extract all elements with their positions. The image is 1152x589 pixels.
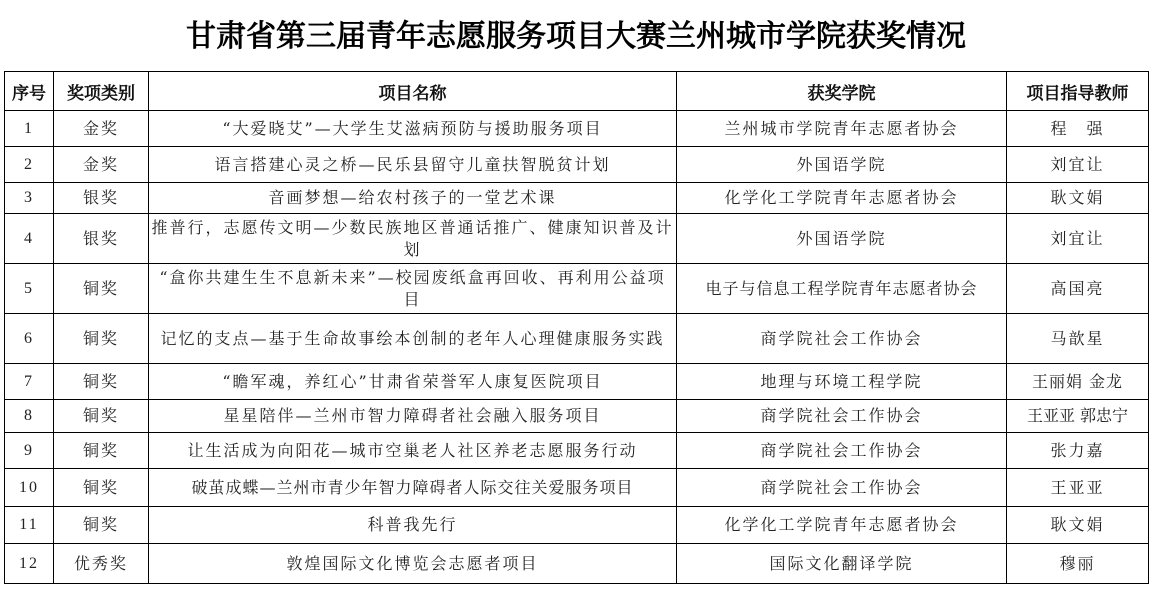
cell-teacher: 高国亮 bbox=[1007, 264, 1149, 314]
cell-serial: 12 bbox=[5, 544, 54, 584]
cell-award: 优秀奖 bbox=[54, 544, 149, 584]
cell-college: 地理与环境工程学院 bbox=[677, 364, 1007, 400]
cell-teacher: 耿文娟 bbox=[1007, 507, 1149, 544]
cell-award: 银奖 bbox=[54, 214, 149, 264]
cell-project: “大爱晓艾”—大学生艾滋病预防与援助服务项目 bbox=[149, 111, 677, 147]
cell-project: 科普我先行 bbox=[149, 507, 677, 544]
cell-teacher: 耿文娟 bbox=[1007, 183, 1149, 214]
cell-award: 铜奖 bbox=[54, 364, 149, 400]
cell-award: 金奖 bbox=[54, 111, 149, 147]
cell-project: 推普行，志愿传文明—少数民族地区普通话推广、健康知识普及计划 bbox=[149, 214, 677, 264]
cell-serial: 7 bbox=[5, 364, 54, 400]
table-row: 12 优秀奖 敦煌国际文化博览会志愿者项目 国际文化翻译学院 穆丽 bbox=[5, 544, 1149, 584]
table-row: 10 铜奖 破茧成蝶—兰州市青少年智力障碍者人际交往关爱服务项目 商学院社会工作… bbox=[5, 469, 1149, 507]
cell-award: 铜奖 bbox=[54, 433, 149, 469]
cell-teacher: 王亚亚 郭忠宁 bbox=[1007, 400, 1149, 433]
header-advisor: 项目指导教师 bbox=[1007, 72, 1149, 111]
cell-college: 商学院社会工作协会 bbox=[677, 400, 1007, 433]
cell-serial: 4 bbox=[5, 214, 54, 264]
cell-college: 商学院社会工作协会 bbox=[677, 433, 1007, 469]
cell-serial: 10 bbox=[5, 469, 54, 507]
page-title: 甘肃省第三届青年志愿服务项目大赛兰州城市学院获奖情况 bbox=[0, 14, 1152, 60]
cell-award: 铜奖 bbox=[54, 314, 149, 364]
cell-serial: 5 bbox=[5, 264, 54, 314]
cell-project: “瞻军魂，养红心”甘肃省荣誉军人康复医院项目 bbox=[149, 364, 677, 400]
cell-teacher: 刘宜让 bbox=[1007, 147, 1149, 183]
header-serial: 序号 bbox=[5, 72, 54, 111]
cell-award: 银奖 bbox=[54, 183, 149, 214]
cell-award: 铜奖 bbox=[54, 400, 149, 433]
cell-teacher: 张力嘉 bbox=[1007, 433, 1149, 469]
cell-project: 破茧成蝶—兰州市青少年智力障碍者人际交往关爱服务项目 bbox=[149, 469, 677, 507]
header-college: 获奖学院 bbox=[677, 72, 1007, 111]
cell-project: 敦煌国际文化博览会志愿者项目 bbox=[149, 544, 677, 584]
cell-teacher: 刘宜让 bbox=[1007, 214, 1149, 264]
header-award-category: 奖项类别 bbox=[54, 72, 149, 111]
cell-teacher: 马歆星 bbox=[1007, 314, 1149, 364]
cell-award: 金奖 bbox=[54, 147, 149, 183]
cell-college: 兰州城市学院青年志愿者协会 bbox=[677, 111, 1007, 147]
cell-project: 音画梦想—给农村孩子的一堂艺术课 bbox=[149, 183, 677, 214]
cell-serial: 1 bbox=[5, 111, 54, 147]
cell-serial: 6 bbox=[5, 314, 54, 364]
table-row: 8 铜奖 星星陪伴—兰州市智力障碍者社会融入服务项目 商学院社会工作协会 王亚亚… bbox=[5, 400, 1149, 433]
table-row: 3 银奖 音画梦想—给农村孩子的一堂艺术课 化学化工学院青年志愿者协会 耿文娟 bbox=[5, 183, 1149, 214]
cell-college: 外国语学院 bbox=[677, 214, 1007, 264]
cell-teacher: 穆丽 bbox=[1007, 544, 1149, 584]
cell-award: 铜奖 bbox=[54, 469, 149, 507]
cell-serial: 9 bbox=[5, 433, 54, 469]
cell-college: 国际文化翻译学院 bbox=[677, 544, 1007, 584]
cell-teacher: 王亚亚 bbox=[1007, 469, 1149, 507]
table-row: 4 银奖 推普行，志愿传文明—少数民族地区普通话推广、健康知识普及计划 外国语学… bbox=[5, 214, 1149, 264]
header-project-name: 项目名称 bbox=[149, 72, 677, 111]
cell-serial: 3 bbox=[5, 183, 54, 214]
table-row: 2 金奖 语言搭建心灵之桥—民乐县留守儿童扶智脱贫计划 外国语学院 刘宜让 bbox=[5, 147, 1149, 183]
cell-project: “盒你共建生生不息新未来”—校园废纸盒再回收、再利用公益项目 bbox=[149, 264, 677, 314]
cell-project: 让生活成为向阳花—城市空巢老人社区养老志愿服务行动 bbox=[149, 433, 677, 469]
cell-college: 商学院社会工作协会 bbox=[677, 314, 1007, 364]
cell-award: 铜奖 bbox=[54, 264, 149, 314]
table-header-row: 序号 奖项类别 项目名称 获奖学院 项目指导教师 bbox=[5, 72, 1149, 111]
cell-serial: 2 bbox=[5, 147, 54, 183]
cell-teacher: 王丽娟 金龙 bbox=[1007, 364, 1149, 400]
awards-table: 序号 奖项类别 项目名称 获奖学院 项目指导教师 1 金奖 “大爱晓艾”—大学生… bbox=[4, 71, 1149, 584]
cell-project: 星星陪伴—兰州市智力障碍者社会融入服务项目 bbox=[149, 400, 677, 433]
cell-project: 记忆的支点—基于生命故事绘本创制的老年人心理健康服务实践 bbox=[149, 314, 677, 364]
cell-project: 语言搭建心灵之桥—民乐县留守儿童扶智脱贫计划 bbox=[149, 147, 677, 183]
cell-award: 铜奖 bbox=[54, 507, 149, 544]
table-row: 11 铜奖 科普我先行 化学化工学院青年志愿者协会 耿文娟 bbox=[5, 507, 1149, 544]
table-row: 1 金奖 “大爱晓艾”—大学生艾滋病预防与援助服务项目 兰州城市学院青年志愿者协… bbox=[5, 111, 1149, 147]
cell-serial: 11 bbox=[5, 507, 54, 544]
table-row: 6 铜奖 记忆的支点—基于生命故事绘本创制的老年人心理健康服务实践 商学院社会工… bbox=[5, 314, 1149, 364]
table-row: 5 铜奖 “盒你共建生生不息新未来”—校园废纸盒再回收、再利用公益项目 电子与信… bbox=[5, 264, 1149, 314]
table-row: 7 铜奖 “瞻军魂，养红心”甘肃省荣誉军人康复医院项目 地理与环境工程学院 王丽… bbox=[5, 364, 1149, 400]
cell-college: 化学化工学院青年志愿者协会 bbox=[677, 183, 1007, 214]
cell-college: 外国语学院 bbox=[677, 147, 1007, 183]
cell-college: 电子与信息工程学院青年志愿者协会 bbox=[677, 264, 1007, 314]
cell-teacher: 程 强 bbox=[1007, 111, 1149, 147]
cell-college: 商学院社会工作协会 bbox=[677, 469, 1007, 507]
cell-college: 化学化工学院青年志愿者协会 bbox=[677, 507, 1007, 544]
table-row: 9 铜奖 让生活成为向阳花—城市空巢老人社区养老志愿服务行动 商学院社会工作协会… bbox=[5, 433, 1149, 469]
cell-serial: 8 bbox=[5, 400, 54, 433]
